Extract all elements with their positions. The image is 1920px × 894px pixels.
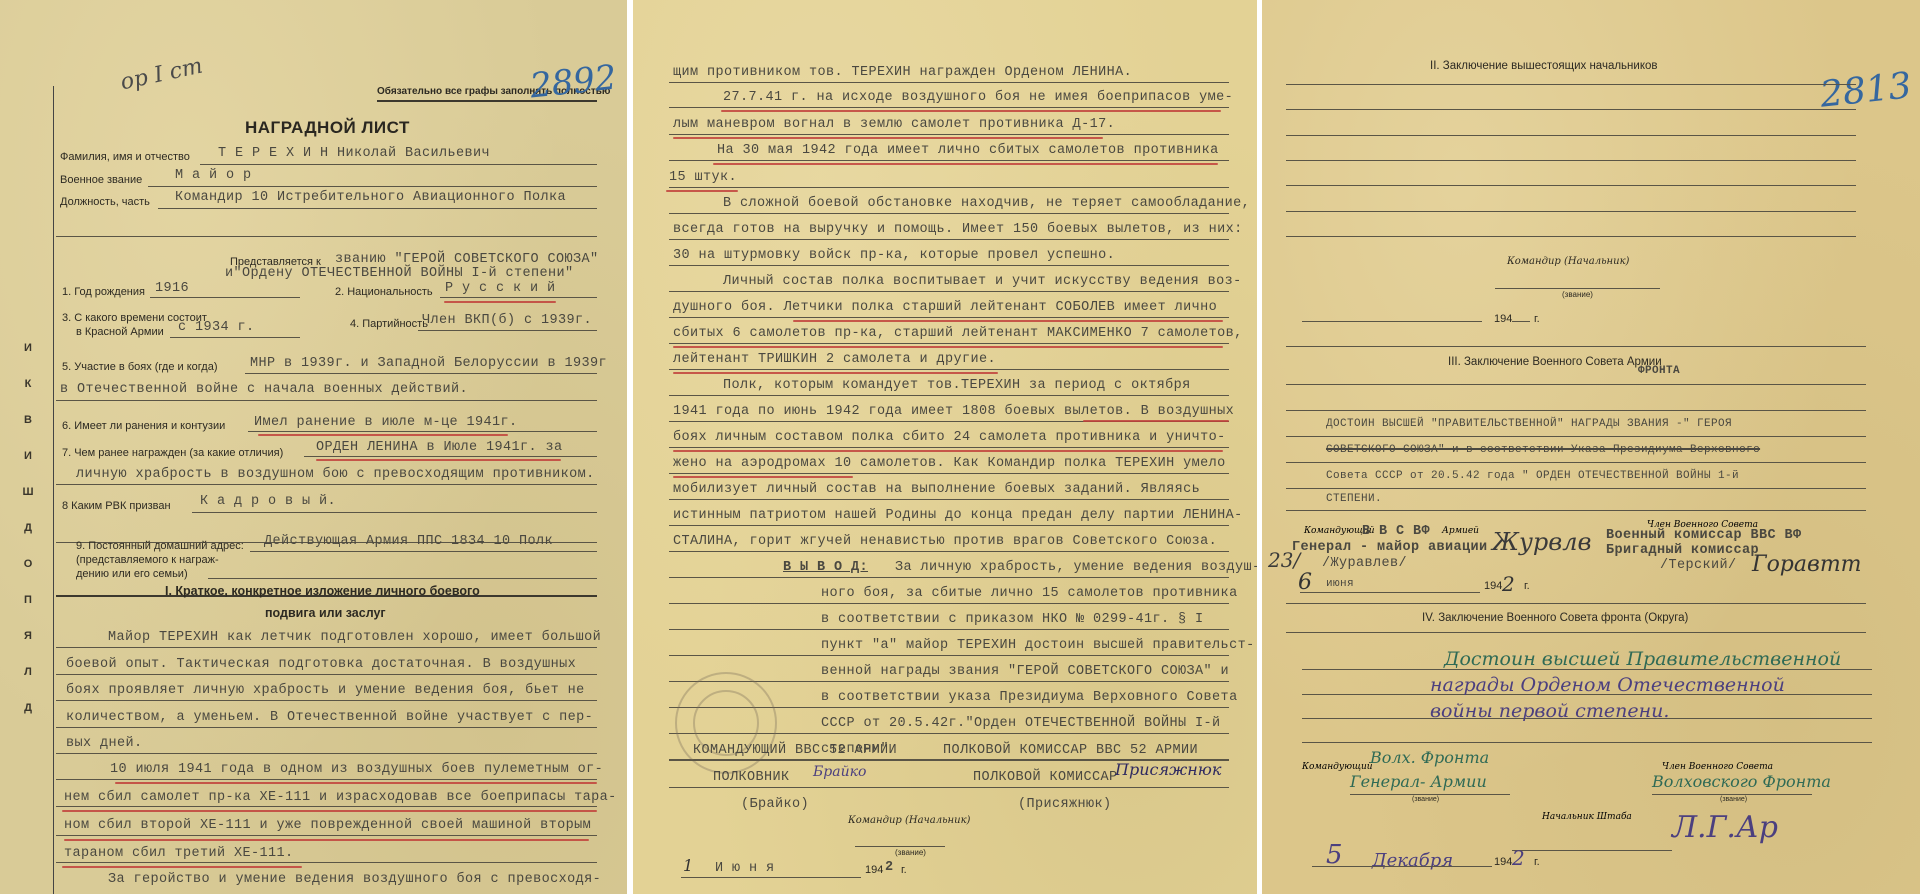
rule <box>669 107 1229 108</box>
red-underline <box>721 110 1221 112</box>
rule <box>1286 488 1866 489</box>
party-value: Член ВКП(б) с 1939г. <box>422 313 592 328</box>
rank-caption: (звание) <box>1720 796 1747 803</box>
rule <box>1286 436 1866 437</box>
rule <box>56 236 597 237</box>
narrative-line: 27.7.41 г. на исходе воздушного боя не и… <box>723 90 1233 105</box>
chief-of-staff-signature: Л.Г.Ар <box>1672 810 1778 845</box>
rule <box>669 499 1229 500</box>
rank-caption: (звание) <box>895 848 926 857</box>
conclusion-label: В Ы В О Д: <box>783 560 868 575</box>
address-value: Действующая Армия ППС 1834 10 Полк <box>264 534 553 549</box>
s3-left-title: В В С ВФ <box>1362 524 1430 539</box>
rule <box>1286 160 1856 161</box>
s3-right-rank: Бригадный комиссар <box>1606 543 1759 558</box>
rule <box>1286 109 1856 110</box>
rule <box>669 134 1229 135</box>
red-underline <box>793 320 1223 322</box>
section-3-front-overprint: ФРОНТА <box>1638 365 1680 377</box>
binding-margin-line <box>53 86 54 894</box>
narrative-line: жено на аэродромах 10 самолетов. Как Ком… <box>673 456 1226 471</box>
rule <box>669 317 1229 318</box>
rule <box>1302 321 1482 322</box>
narrative-line: На 30 мая 1942 года имеет лично сбитых с… <box>717 143 1219 158</box>
vertical-margin-label: ИКВИШДОПЯЛД <box>18 330 38 726</box>
narrative-line: Личный состав полка воспитывает и учит и… <box>723 274 1242 289</box>
rule <box>681 877 861 878</box>
narrative-line: лым маневром вогнал в землю самолет прот… <box>673 117 1115 132</box>
rule <box>1286 211 1856 212</box>
awards-value-1: ОРДЕН ЛЕНИНА в Июле 1941г. за <box>316 440 563 455</box>
narrative-line: вых дней. <box>66 736 143 751</box>
rvk-label: 8 Каким РВК призван <box>62 500 171 512</box>
narrative-line: Полк, которым командует тов.ТЕРЕХИН за п… <box>723 378 1191 393</box>
narrative-line: боях проявляет личную храбрость и умение… <box>66 683 585 698</box>
rule <box>669 655 1229 656</box>
rule <box>56 862 597 863</box>
narrative-line: тараном сбил третий ХЕ-111. <box>64 846 294 861</box>
red-underline <box>673 137 1103 139</box>
section-1-title-line-1: I. Краткое, конкретное изложение личного… <box>165 584 480 598</box>
narrative-line: всегда готов на выручку и помощь. Имеет … <box>673 222 1243 237</box>
rvk-value: К а д р о в ы й. <box>200 494 336 509</box>
section-3-line: СТЕПЕНИ. <box>1326 493 1382 505</box>
conclusion-line: За личную храбрость, умение ведения возд… <box>895 560 1257 575</box>
battles-value-2: в Отечественной войне с начала военных д… <box>60 382 468 397</box>
red-underline <box>1083 420 1229 422</box>
narrative-line: 15 штук. <box>669 170 737 185</box>
address-label-3: дению или его семьи) <box>76 568 188 580</box>
rule <box>56 400 597 401</box>
s4-date-g: г. <box>1534 856 1540 868</box>
birth-year-label: 1. Год рождения <box>62 286 145 298</box>
archive-number: 2892 <box>528 58 618 107</box>
date-year-prefix: 194 <box>1494 313 1512 325</box>
address-label-1: 9. Постоянный домашний адрес: <box>76 540 244 552</box>
s3-right-name: /Терский/ <box>1660 558 1737 573</box>
rule <box>56 674 597 675</box>
rule <box>1286 410 1866 411</box>
right-signature: Присяжнюк <box>1115 760 1221 779</box>
rule <box>669 473 1229 474</box>
nationality-value: Р у с с к и й <box>445 281 556 296</box>
rule <box>1286 603 1866 604</box>
commander-label: Командир (Начальник) <box>1507 256 1629 267</box>
s3-left-signature: Журвлв <box>1492 528 1591 556</box>
award-sheet-page-3: II. Заключение вышестоящих начальников 2… <box>1262 0 1920 894</box>
chief-of-staff-label: Начальник Штаба <box>1542 812 1632 822</box>
rule <box>669 369 1229 370</box>
rule <box>56 727 597 728</box>
rank-caption: (звание) <box>1562 290 1593 299</box>
rule <box>669 629 1229 630</box>
rule <box>192 512 597 513</box>
commander-label: Командир (Начальник) <box>848 815 970 826</box>
rule <box>669 551 1229 552</box>
narrative-line: щим противником тов. ТЕРЕХИН награжден О… <box>673 65 1132 80</box>
section-4-handwritten-line: награды Орденом Отечественной <box>1430 674 1785 696</box>
rule <box>56 484 597 485</box>
conclusion-line: ного боя, за сбитые лично 15 самолетов п… <box>821 586 1238 601</box>
rule <box>1286 185 1856 186</box>
rule <box>250 551 597 552</box>
rule <box>245 373 597 374</box>
narrative-line: боях личным составом полка сбито 24 само… <box>673 430 1226 445</box>
rule <box>248 431 597 432</box>
narrative-line: 30 на штурмовку войск пр-ка, которые про… <box>673 248 1115 263</box>
narrative-line: боевой опыт. Тактическая подготовка дост… <box>66 657 576 672</box>
rule <box>56 779 597 780</box>
section-1-title-line-2: подвига или заслуг <box>265 606 386 620</box>
red-underline <box>115 782 597 784</box>
red-underline <box>673 476 853 478</box>
section-4-title: IV. Заключение Военного Совета фронта (О… <box>1422 612 1688 624</box>
rule <box>1512 321 1530 322</box>
page-title: НАГРАДНОЙ ЛИСТ <box>245 118 410 138</box>
rule <box>150 297 300 298</box>
red-underline <box>673 372 998 374</box>
red-underline <box>673 346 1223 348</box>
address-label-2: (представляемого к награж- <box>76 554 219 566</box>
narrative-line: СТАЛИНА, горит жгучей ненавистью против … <box>673 534 1217 549</box>
rule <box>1512 850 1672 851</box>
wounds-label: 6. Имеет ли ранения и контузии <box>62 420 225 432</box>
narrative-line: В сложной боевой обстановке находчив, не… <box>723 196 1250 211</box>
rule <box>440 297 597 298</box>
rule <box>1302 742 1872 743</box>
section-3-line: Совета СССР от 20.5.42 года " ОРДЕН ОТЕЧ… <box>1326 470 1739 482</box>
s3-left-name: /Журавлев/ <box>1322 556 1407 571</box>
right-signatory-name: (Присяжнюк) <box>1018 797 1112 812</box>
rule <box>208 578 597 579</box>
red-underline <box>713 163 1218 165</box>
rule <box>669 82 1229 83</box>
rule <box>1300 592 1480 593</box>
section-3-line: ДОСТОИН ВЫСШЕЙ "ПРАВИТЕЛЬСТВЕННОЙ" НАГРА… <box>1326 418 1732 430</box>
left-signatory-name: (Брайко) <box>741 797 809 812</box>
section-2-title: II. Заключение вышестоящих начальников <box>1430 60 1657 72</box>
birth-year-value: 1916 <box>155 281 189 296</box>
s4-date-month: Декабря <box>1372 850 1453 871</box>
rule <box>669 395 1229 396</box>
rule <box>1286 135 1856 136</box>
awards-value-2: личную храбрость в воздушном бою с прево… <box>76 467 595 482</box>
rule <box>1350 794 1510 795</box>
red-underline <box>444 301 556 303</box>
red-underline <box>62 866 302 868</box>
rule <box>669 525 1229 526</box>
date-year-prefix: 194 <box>865 864 883 876</box>
presented-value-1: званию "ГЕРОЙ СОВЕТСКОГО СОЮЗА" <box>335 252 599 267</box>
rule <box>1312 866 1492 867</box>
red-underline <box>258 434 508 436</box>
nationality-label: 2. Национальность <box>335 286 433 298</box>
rule <box>1286 632 1866 633</box>
s4-right-label: Член Военного Совета <box>1662 762 1773 772</box>
rule <box>148 186 597 187</box>
rule <box>1286 510 1866 511</box>
award-sheet-page-2: щим противником тов. ТЕРЕХИН награжден О… <box>633 0 1257 894</box>
rank-label: Военное звание <box>60 174 142 186</box>
red-underline <box>316 459 561 461</box>
rule <box>855 846 945 847</box>
left-signature: Брайко <box>813 764 866 780</box>
rule <box>56 700 597 701</box>
narrative-line: лейтенант ТРИШКИН 2 самолета и другие. <box>673 352 996 367</box>
rule <box>56 647 597 648</box>
s4-left-front: Волх. Фронта <box>1370 748 1489 767</box>
narrative-line: сбитых 6 самолетов пр-ка, старший лейтен… <box>673 326 1243 341</box>
rule <box>418 330 597 331</box>
left-signatory-rank: ПОЛКОВНИК <box>713 770 790 785</box>
rule <box>669 343 1229 344</box>
name-label: Фамилия, имя и отчество <box>60 151 190 163</box>
rank-caption: (звание) <box>1412 796 1439 803</box>
army-since-label-2: в Красной Армии <box>76 326 164 338</box>
rule <box>1652 794 1812 795</box>
awards-label: 7. Чем ранее награжден (за какие отличия… <box>62 447 283 459</box>
rule <box>669 291 1229 292</box>
rule <box>56 835 597 836</box>
side-mark: 23/ <box>1268 548 1300 572</box>
s3-date-g: г. <box>1524 580 1530 592</box>
s3-left-army: Армией <box>1442 526 1479 536</box>
rule <box>56 753 597 754</box>
s3-date-month: июня <box>1326 578 1354 590</box>
award-sheet-page-1: ор I ст ИКВИШДОПЯЛД Обязательно все граф… <box>0 0 627 894</box>
section-3-line-struck: СОВЕТСКОГО СОЮЗА" и в соответствии Указа… <box>1326 444 1760 456</box>
position-value: Командир 10 Истребительного Авиационного… <box>175 190 566 205</box>
red-underline <box>673 450 1223 452</box>
margin-note: ор I ст <box>118 54 205 96</box>
rule <box>1286 236 1856 237</box>
narrative-line: ном сбил второй ХЕ-111 и уже поврежденно… <box>64 818 591 833</box>
rule <box>170 337 300 338</box>
s4-right-front: Волховского Фронта <box>1652 772 1831 791</box>
rank-value: М а й о р <box>175 168 252 183</box>
s3-right-title: Военный комиссар ВВС ВФ <box>1606 528 1802 543</box>
s4-left-rank: Генерал- Армии <box>1350 772 1487 791</box>
battles-value-1: МНР в 1939г. и Западной Белоруссии в 193… <box>250 356 607 371</box>
rule <box>669 787 1229 788</box>
rule <box>304 456 597 457</box>
narrative-line: 1941 года по июнь 1942 года имеет 1808 б… <box>673 404 1234 419</box>
rule <box>200 164 597 165</box>
rule <box>669 577 1229 578</box>
name-value: Т Е Р Е Х И Н Николай Васильевич <box>218 146 490 161</box>
date-day: 1 <box>683 856 693 875</box>
position-label: Должность, часть <box>60 196 150 208</box>
rule <box>669 187 1229 188</box>
rule <box>1495 288 1660 289</box>
rule <box>1286 384 1866 385</box>
rule <box>669 603 1229 604</box>
battles-label: 5. Участие в боях (где и когда) <box>62 361 218 373</box>
date-month: И ю н я <box>715 861 775 876</box>
left-signatory-title: КОМАНДУЮЩИЙ ВВС 52 АРМИИ <box>693 743 897 758</box>
red-underline <box>62 810 597 812</box>
rule <box>1286 84 1856 85</box>
rule <box>56 806 597 807</box>
conclusion-line: СССР от 20.5.42г."Орден ОТЕЧЕСТВЕННОЙ ВО… <box>821 716 1221 731</box>
section-3-title: III. Заключение Военного Совета Армии <box>1448 356 1662 368</box>
party-label: 4. Партийность <box>350 318 428 330</box>
right-signatory-title: ПОЛКОВОЙ КОМИССАР ВВС 52 АРМИИ <box>943 743 1198 758</box>
section-4-handwritten-line: Достоин высшей Правительственной <box>1444 648 1841 670</box>
conclusion-line: пункт "а" майор ТЕРЕХИН достоин высшей п… <box>821 638 1255 653</box>
rule <box>1286 346 1866 347</box>
s4-date-year-prefix: 194 <box>1494 856 1512 868</box>
s4-date-year-suffix: 2 <box>1512 846 1525 870</box>
section-4-handwritten-line: войны первой степени. <box>1430 700 1669 722</box>
army-since-value: с 1934 г. <box>178 320 255 335</box>
conclusion-line: венной награды звания "ГЕРОЙ СОВЕТСКОГО … <box>821 664 1229 679</box>
narrative-line: душного боя. Летчики полка старший лейте… <box>673 300 1217 315</box>
s3-date-year-prefix: 194 <box>1484 580 1502 592</box>
rule <box>669 265 1229 266</box>
wounds-value: Имел ранение в июле м-це 1941г. <box>254 415 518 430</box>
right-signatory-rank: ПОЛКОВОЙ КОМИССАР <box>973 770 1118 785</box>
narrative-line: мобилизует личный состав на выполнение б… <box>673 482 1200 497</box>
narrative-line: 10 июля 1941 года в одном из воздушных б… <box>110 762 603 777</box>
presented-value-2: и"Ордену ОТЕЧЕСТВЕННОЙ ВОЙНЫ I-й степени… <box>225 266 574 281</box>
narrative-line: За геройство и умение ведения воздушного… <box>108 872 601 887</box>
s3-left-rank: Генерал - майор авиации <box>1292 540 1488 555</box>
red-underline <box>64 839 589 841</box>
s4-left-label: Командующий <box>1302 762 1373 772</box>
conclusion-line: в соответствии указа Президиума Верховно… <box>821 690 1238 705</box>
rule <box>669 239 1229 240</box>
date-year-g: г. <box>1534 313 1540 325</box>
narrative-line: нем сбил самолет пр-ка ХЕ-111 и израсход… <box>64 790 617 805</box>
rule <box>669 447 1229 448</box>
conclusion-line: в соответствии с приказом НКО № 0299-41г… <box>821 612 1204 627</box>
rule <box>669 213 1229 214</box>
narrative-line: Майор ТЕРЕХИН как летчик подготовлен хор… <box>108 630 601 645</box>
rule <box>669 160 1229 161</box>
date-year-g: г. <box>901 864 907 876</box>
rule <box>1286 462 1866 463</box>
rule <box>158 208 597 209</box>
s3-right-signature: Горавтт <box>1752 552 1862 577</box>
narrative-line: истинным патриотом нашей Родины до конца… <box>673 508 1243 523</box>
red-underline <box>666 190 738 192</box>
s3-date-year-suffix: 2 <box>1502 572 1515 596</box>
narrative-line: количеством, а уменьем. В Отечественной … <box>66 710 593 725</box>
date-year-suffix: 2 <box>885 860 894 875</box>
